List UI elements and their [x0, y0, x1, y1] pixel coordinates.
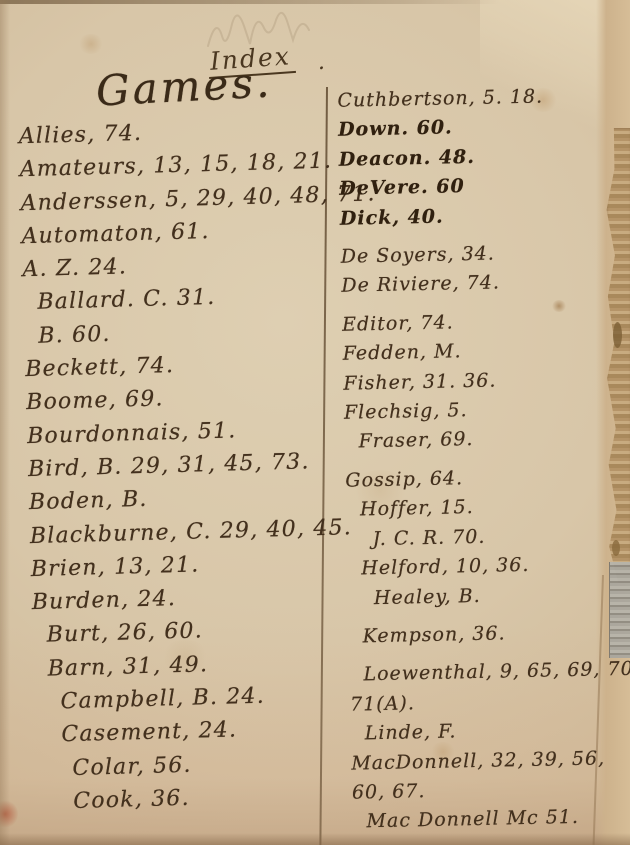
- page-top-edge: [0, 0, 500, 4]
- torn-edge-spot: [613, 322, 622, 348]
- index-entry: MacDonnell, 32, 39, 56,: [351, 744, 608, 779]
- page-title-period: .: [318, 50, 325, 75]
- torn-edge-spot: [612, 540, 620, 556]
- index-entry: Kempson, 36.: [348, 617, 605, 652]
- left-entry-column: Allies, 74.Amateurs, 13, 15, 18, 21.Ande…: [18, 112, 333, 819]
- index-entry: Loewenthal, 9, 65, 69, 70(: [349, 656, 606, 691]
- stain: [78, 34, 104, 54]
- right-entry-column: Cuthbertson, 5. 18.Down. 60.Deacon. 48.D…: [337, 81, 609, 837]
- games-section-header: Games.: [95, 57, 274, 115]
- binding-tape: [609, 562, 630, 658]
- index-entry: Healey, B.: [348, 579, 605, 614]
- page-left-edge: [0, 0, 10, 845]
- index-entry: De Riviere, 74.: [341, 267, 598, 302]
- page-bottom-edge: [0, 833, 630, 845]
- index-entry: Dick, 40.: [340, 199, 597, 234]
- scanned-index-page: Index . Games. Allies, 74.Amateurs, 13, …: [0, 0, 630, 845]
- index-entry: Fraser, 69.: [344, 423, 601, 458]
